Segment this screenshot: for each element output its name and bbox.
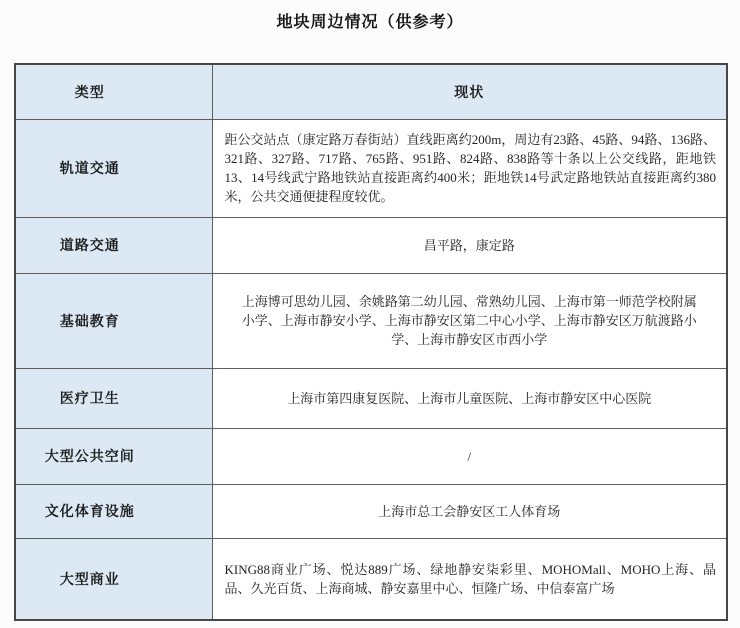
- row-status-value: /: [212, 428, 727, 484]
- row-type-label: 轨道交通: [15, 119, 212, 217]
- table-row-culture-sports: 文化体育设施 上海市总工会静安区工人体育场: [15, 484, 727, 538]
- row-status-value: KING88商业广场、悦达889广场、绿地静安柒彩里、MOHOMall、MOHO…: [212, 538, 727, 620]
- row-status-value: 上海市第四康复医院、上海市儿童医院、上海市静安区中心医院: [212, 368, 727, 428]
- row-status-value: 上海市总工会静安区工人体育场: [212, 484, 727, 538]
- row-status-value: 距公交站点（康定路万春街站）直线距离约200m，周边有23路、45路、94路、1…: [212, 119, 727, 217]
- table-row-basic-education: 基础教育 上海博可思幼儿园、余姚路第二幼儿园、常熟幼儿园、上海市第一师范学校附属…: [15, 273, 727, 368]
- header-status: 现状: [212, 64, 727, 119]
- row-type-label: 大型公共空间: [15, 428, 212, 484]
- table-row-road-traffic: 道路交通 昌平路，康定路: [15, 217, 727, 273]
- row-type-label: 文化体育设施: [15, 484, 212, 538]
- table-row-medical-health: 医疗卫生 上海市第四康复医院、上海市儿童医院、上海市静安区中心医院: [15, 368, 727, 428]
- row-status-value: 昌平路，康定路: [212, 217, 727, 273]
- row-type-label: 基础教育: [15, 273, 212, 368]
- table-header-row: 类型 现状: [15, 64, 727, 119]
- row-status-value: 上海博可思幼儿园、余姚路第二幼儿园、常熟幼儿园、上海市第一师范学校附属小学、上海…: [212, 273, 727, 368]
- table-row-rail-transit: 轨道交通 距公交站点（康定路万春街站）直线距离约200m，周边有23路、45路、…: [15, 119, 727, 217]
- row-type-label: 大型商业: [15, 538, 212, 620]
- row-type-label: 道路交通: [15, 217, 212, 273]
- row-type-label: 医疗卫生: [15, 368, 212, 428]
- page-title: 地块周边情况（供参考）: [0, 9, 740, 32]
- table-row-public-space: 大型公共空间 /: [15, 428, 727, 484]
- table-row-commercial: 大型商业 KING88商业广场、悦达889广场、绿地静安柒彩里、MOHOMall…: [15, 538, 727, 620]
- header-type: 类型: [15, 64, 212, 119]
- surroundings-table: 类型 现状 轨道交通 距公交站点（康定路万春街站）直线距离约200m，周边有23…: [14, 63, 728, 621]
